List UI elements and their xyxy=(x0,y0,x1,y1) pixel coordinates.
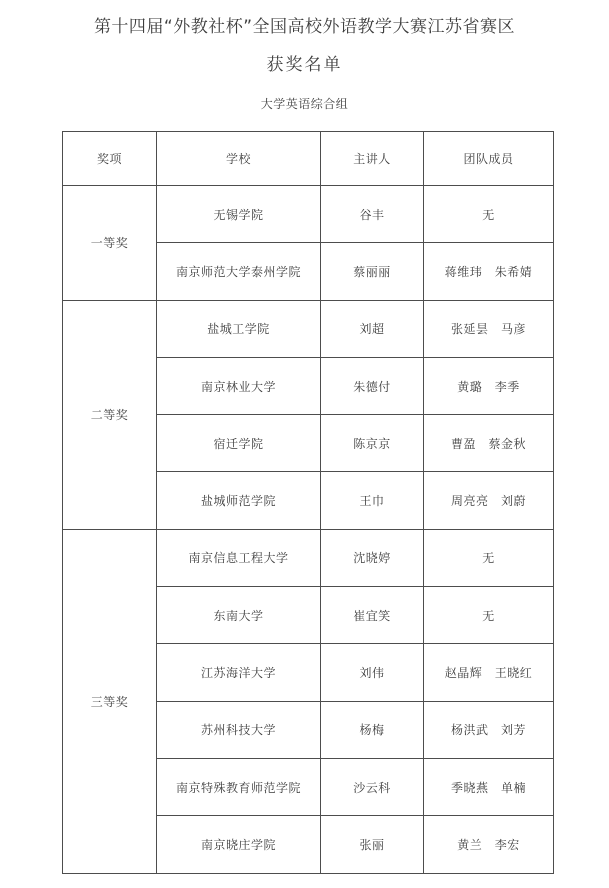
school-cell: 无锡学院 xyxy=(157,186,321,243)
award-group-cell: 三等奖 xyxy=(63,529,157,873)
awards-table-body: 一等奖无锡学院谷丰无南京师范大学泰州学院蔡丽丽蒋维玮 朱希婧二等奖盐城工学院刘超… xyxy=(63,186,554,874)
school-cell: 苏州科技大学 xyxy=(157,701,321,758)
table-row: 二等奖盐城工学院刘超张延昙 马彦 xyxy=(63,300,554,357)
school-cell: 盐城师范学院 xyxy=(157,472,321,529)
school-cell: 南京信息工程大学 xyxy=(157,529,321,586)
speaker-cell: 沙云科 xyxy=(321,758,424,815)
team-cell: 张延昙 马彦 xyxy=(424,300,554,357)
category-subtitle: 大学英语综合组 xyxy=(0,97,609,111)
team-cell: 无 xyxy=(424,587,554,644)
team-cell: 季晓燕 单楠 xyxy=(424,758,554,815)
speaker-cell: 刘超 xyxy=(321,300,424,357)
team-cell: 黄兰 李宏 xyxy=(424,816,554,873)
table-row: 一等奖无锡学院谷丰无 xyxy=(63,186,554,243)
document-title: 第十四届“外教社杯”全国高校外语教学大赛江苏省赛区 获奖名单 xyxy=(0,0,609,75)
speaker-cell: 蔡丽丽 xyxy=(321,243,424,300)
school-cell: 江苏海洋大学 xyxy=(157,644,321,701)
school-cell: 宿迁学院 xyxy=(157,415,321,472)
speaker-cell: 张丽 xyxy=(321,816,424,873)
team-cell: 周亮亮 刘蔚 xyxy=(424,472,554,529)
award-document: 第十四届“外教社杯”全国高校外语教学大赛江苏省赛区 获奖名单 大学英语综合组 奖… xyxy=(0,0,609,888)
speaker-cell: 杨梅 xyxy=(321,701,424,758)
school-cell: 南京师范大学泰州学院 xyxy=(157,243,321,300)
speaker-cell: 王巾 xyxy=(321,472,424,529)
team-cell: 曹盈 蔡金秋 xyxy=(424,415,554,472)
awards-table: 奖项 学校 主讲人 团队成员 一等奖无锡学院谷丰无南京师范大学泰州学院蔡丽丽蒋维… xyxy=(62,131,554,874)
title-line-1: 第十四届“外教社杯”全国高校外语教学大赛江苏省赛区 xyxy=(0,17,609,37)
speaker-cell: 刘伟 xyxy=(321,644,424,701)
table-row: 三等奖南京信息工程大学沈晓婷无 xyxy=(63,529,554,586)
table-header-row: 奖项 学校 主讲人 团队成员 xyxy=(63,132,554,186)
team-cell: 无 xyxy=(424,186,554,243)
team-cell: 蒋维玮 朱希婧 xyxy=(424,243,554,300)
school-cell: 盐城工学院 xyxy=(157,300,321,357)
school-cell: 南京晓庄学院 xyxy=(157,816,321,873)
header-team: 团队成员 xyxy=(424,132,554,186)
team-cell: 无 xyxy=(424,529,554,586)
speaker-cell: 崔宜笑 xyxy=(321,587,424,644)
team-cell: 赵晶辉 王晓红 xyxy=(424,644,554,701)
speaker-cell: 朱德付 xyxy=(321,357,424,414)
header-school: 学校 xyxy=(157,132,321,186)
award-group-cell: 一等奖 xyxy=(63,186,157,301)
school-cell: 东南大学 xyxy=(157,587,321,644)
school-cell: 南京特殊教育师范学院 xyxy=(157,758,321,815)
speaker-cell: 陈京京 xyxy=(321,415,424,472)
header-speaker: 主讲人 xyxy=(321,132,424,186)
team-cell: 杨洪武 刘芳 xyxy=(424,701,554,758)
team-cell: 黄璐 李季 xyxy=(424,357,554,414)
header-award: 奖项 xyxy=(63,132,157,186)
school-cell: 南京林业大学 xyxy=(157,357,321,414)
speaker-cell: 沈晓婷 xyxy=(321,529,424,586)
title-line-2: 获奖名单 xyxy=(0,55,609,75)
award-group-cell: 二等奖 xyxy=(63,300,157,529)
speaker-cell: 谷丰 xyxy=(321,186,424,243)
